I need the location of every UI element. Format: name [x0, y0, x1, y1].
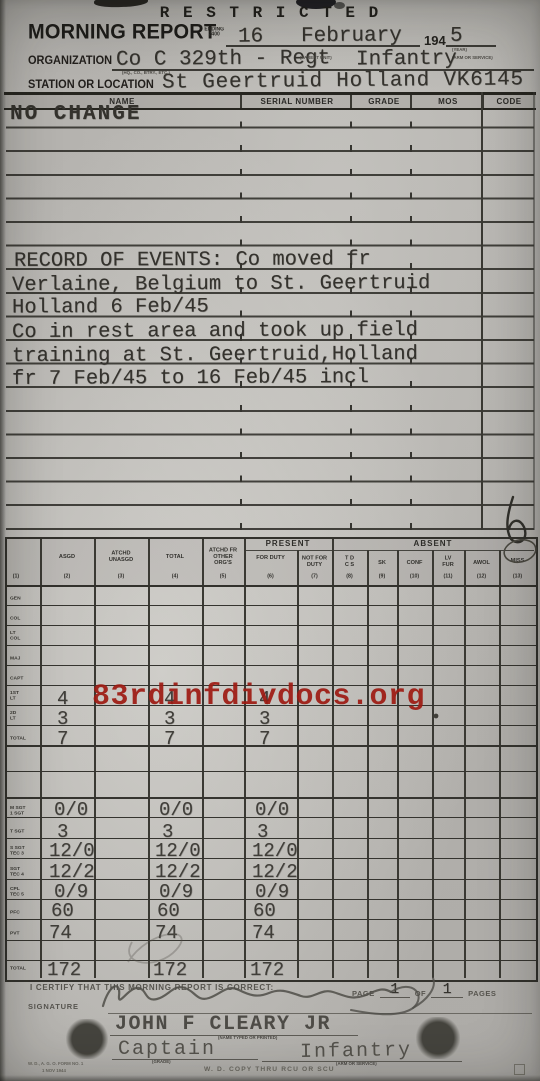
- col-num: (11): [436, 574, 460, 579]
- col-num: (2): [47, 574, 88, 579]
- no-change-entry: NO CHANGE: [10, 103, 141, 126]
- roster-column-ticks: [350, 105, 352, 530]
- val-sgt-total: 12/2: [155, 861, 201, 883]
- col-num: (9): [371, 574, 394, 579]
- col-label-lv-fur: LV FUR: [435, 556, 461, 569]
- row-label-col: COL: [10, 616, 31, 622]
- certify-statement: I CERTIFY THAT THIS MORNING REPORT IS CO…: [30, 983, 274, 992]
- org-arm-service-sublabel: (ARM OR SERVICE): [452, 56, 493, 60]
- header-divider: [397, 550, 399, 585]
- header-divider: [297, 550, 299, 585]
- val-offtotal-duty: 7: [259, 728, 270, 750]
- pages-value: 1: [431, 982, 463, 998]
- val-msgt-duty: 0/0: [255, 799, 289, 821]
- grid-hline: [7, 725, 536, 726]
- header-divider: [202, 539, 204, 585]
- branch-sublabel: (ARM OR SERVICE): [336, 1062, 377, 1066]
- row-label-sgt: SGT TEC 4: [10, 866, 31, 877]
- events-line: training at St. Geertruid,Holland: [12, 343, 418, 368]
- row-label-tsgt: T SGT: [10, 829, 31, 835]
- ending-2400-label: ENDING 2400: [202, 27, 226, 38]
- page-count-group: PAGE 1 OF 1 PAGES: [352, 982, 496, 998]
- morning-report-document: R E S T R I C T E D MORNING REPORT ENDIN…: [0, 0, 540, 1081]
- row-label-cpl: CPL TEC 5: [10, 886, 31, 897]
- events-line: Holland 6 Feb/45: [12, 295, 209, 319]
- col-label-not-for-duty: NOT FOR DUTY: [301, 556, 329, 569]
- punch-hole: [66, 1019, 108, 1059]
- header-divider: [244, 539, 246, 585]
- form-date: 1 NOV 1944: [42, 1069, 66, 1073]
- row-label-ltcol: LT COL: [10, 630, 31, 641]
- page-value: 1: [380, 982, 410, 998]
- val-pfc-asgd: 60: [51, 900, 74, 922]
- row-label-ssgt: S SGT TEC 3: [10, 845, 31, 856]
- header-divider: [499, 550, 501, 585]
- col-label-td-cs: T D C S: [336, 556, 364, 569]
- val-enltotal-total: 172: [153, 959, 187, 981]
- of-label: OF: [415, 989, 426, 998]
- station-label: STATION OR LOCATION: [28, 79, 154, 92]
- col-num: (13): [504, 574, 532, 579]
- row-label-pfc: PFC: [10, 910, 31, 916]
- photo-bottom-edge: [0, 1075, 540, 1081]
- col-label-conf: CONF: [401, 560, 429, 566]
- grid-hline: [7, 625, 536, 626]
- roster-column-ticks: [240, 105, 242, 530]
- val-pfc-duty: 60: [253, 900, 276, 922]
- header-divider: [332, 539, 334, 585]
- strength-table-body: GEN COL LT COL MAJ CAPT 1ST LT 2D LT TOT…: [7, 587, 536, 978]
- col-num: (3): [101, 574, 142, 579]
- signature-label: SIGNATURE: [28, 1002, 79, 1011]
- row-label-pvt: PVT: [10, 931, 31, 937]
- val-ssgt-duty: 12/0: [252, 840, 298, 862]
- org-parent-unit-sublabel: (PARENT UNIT): [300, 56, 332, 60]
- val-offtotal-total: 7: [164, 728, 175, 750]
- row-label-capt: CAPT: [10, 676, 31, 682]
- row-label-maj: MAJ: [10, 656, 31, 662]
- col-num: (7): [301, 574, 327, 579]
- col-num: (8): [336, 574, 362, 579]
- col-label-atchd-unasgd: ATCHD UNASGD: [99, 551, 142, 564]
- year-printed: 194: [424, 33, 446, 48]
- row-label-2dlt: 2D LT: [10, 710, 31, 721]
- val-msgt-asgd: 0/0: [54, 799, 88, 821]
- organization-branch: Infantry: [356, 48, 457, 72]
- col-num: (4): [155, 574, 196, 579]
- header-divider: [94, 539, 96, 585]
- organization-label: ORGANIZATION: [28, 55, 112, 68]
- events-line: Verlaine, Belgium to St. Geertruid: [12, 272, 430, 297]
- grid-hline: [7, 771, 536, 772]
- val-sgt-asgd: 12/2: [49, 861, 95, 883]
- strength-table: PRESENT ABSENT ASGD ATCHD UNASGD TOTAL A…: [5, 537, 538, 982]
- col-label-for-duty: FOR DUTY: [249, 555, 291, 561]
- header-divider: [367, 550, 369, 585]
- row-label-msgt: M SGT 1 SGT: [10, 805, 31, 816]
- val-sgt-duty: 12/2: [252, 861, 298, 883]
- officer-grade: Captain: [118, 1038, 216, 1061]
- roster-column-ticks: [410, 105, 412, 530]
- header-divider: [464, 550, 466, 585]
- col-label-asgd: ASGD: [45, 554, 88, 560]
- val-pvt-asgd: 74: [49, 922, 72, 944]
- row-label-1stlt: 1ST LT: [10, 690, 31, 701]
- row-label-gen: GEN: [10, 596, 31, 602]
- val-ssgt-asgd: 12/0: [49, 840, 95, 862]
- val-2dlt-asgd: 3: [57, 708, 68, 730]
- row-label-enl-total: TOTAL: [10, 966, 31, 972]
- checkbox-mark: [514, 1064, 525, 1075]
- col-num: (12): [468, 574, 494, 579]
- val-ssgt-total: 12/0: [155, 840, 201, 862]
- col-num: (5): [207, 574, 239, 579]
- grade-underline: [112, 1059, 258, 1060]
- present-group-header: PRESENT: [244, 539, 332, 551]
- val-1stlt-asgd: 4: [57, 688, 68, 710]
- page-label: PAGE: [352, 989, 375, 998]
- col-num: (6): [251, 574, 291, 579]
- roster-right-edge-line: [533, 92, 535, 530]
- name-sublabel: (NAME TYPED OR PRINTED): [218, 1036, 277, 1040]
- val-offtotal-asgd: 7: [57, 728, 68, 750]
- val-enltotal-duty: 172: [250, 959, 284, 981]
- events-line: fr 7 Feb/45 to 16 Feb/45 incl: [12, 366, 369, 391]
- events-line: RECORD OF EVENTS: Co moved fr: [14, 248, 371, 273]
- val-enltotal-asgd: 172: [47, 959, 81, 981]
- col-label-total: TOTAL: [153, 554, 196, 560]
- grade-sublabel: (GRADE): [152, 1060, 171, 1064]
- code-column-line: [481, 92, 483, 530]
- col-num: (1): [13, 574, 36, 579]
- strength-table-header: PRESENT ABSENT ASGD ATCHD UNASGD TOTAL A…: [7, 539, 536, 587]
- col-label-atchd-fr-other: ATCHD FR OTHER ORG'S: [206, 547, 240, 566]
- val-msgt-total: 0/0: [159, 799, 193, 821]
- officer-name: JOHN F CLEARY JR: [115, 1013, 331, 1036]
- watermark: 83rdinfdivdocs.org: [92, 680, 425, 714]
- col-label-miss: MISS: [503, 558, 533, 564]
- val-pvt-duty: 74: [252, 922, 275, 944]
- report-title: MORNING REPORT: [28, 20, 216, 45]
- grid-hline: [7, 645, 536, 646]
- form-number: W. D., A. G. O. FORM NO. 1: [28, 1062, 83, 1066]
- events-line: Co in rest area and took up field: [12, 319, 418, 344]
- ending-line2: 2400: [202, 32, 226, 37]
- punch-hole: [416, 1017, 460, 1059]
- station-value: St Geertruid Holland VK6145: [162, 68, 524, 94]
- grid-hline: [7, 605, 536, 606]
- val-pfc-total: 60: [157, 900, 180, 922]
- header-divider: [432, 550, 434, 585]
- col-num: (10): [401, 574, 427, 579]
- pages-label: PAGES: [468, 989, 496, 998]
- header-divider: [148, 539, 150, 585]
- col-label-awol: AWOL: [468, 560, 496, 566]
- col-label-sk: SK: [370, 560, 394, 566]
- val-pvt-total: 74: [155, 922, 178, 944]
- header-divider: [40, 539, 42, 585]
- grid-hline: [7, 665, 536, 666]
- row-label-off-total: TOTAL: [10, 736, 31, 742]
- grid-hline: [7, 745, 536, 747]
- copy-routing-text: W. D. COPY THRU RCU OR SCU: [204, 1066, 335, 1073]
